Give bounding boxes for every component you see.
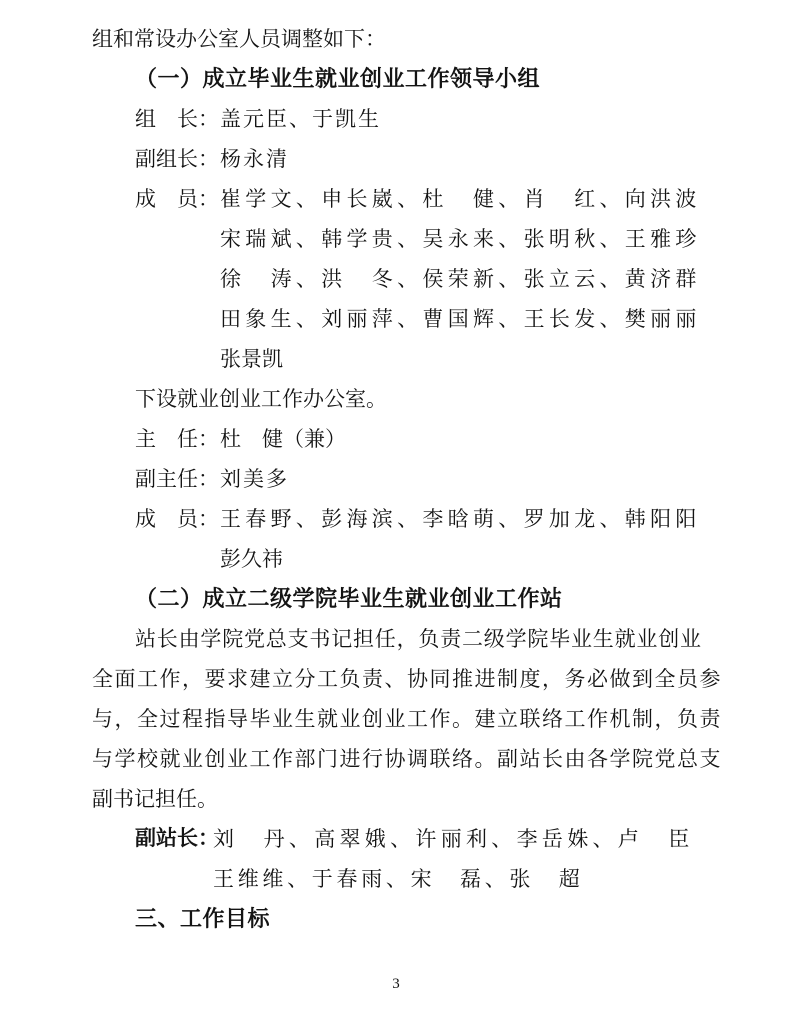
role-label-vice-director: 副主任： (135, 459, 219, 499)
document-content: 组和常设办公室人员调整如下： （一）成立毕业生就业创业工作领导小组 组 长： 盖… (92, 19, 700, 939)
role-label-members: 成 员： (135, 179, 219, 219)
member-names-line: 宋瑞斌、韩学贵、吴永来、张明秋、王雅珍 (92, 219, 700, 259)
role-names-vice-director: 刘美多 (220, 467, 289, 491)
role-line-office-members: 成 员： 王春野、彭海滨、李晗萌、罗加龙、韩阳阳 (92, 499, 700, 539)
paragraph-line: 站长由学院党总支书记担任，负责二级学院毕业生就业创业 (92, 619, 700, 659)
member-names-line: 田象生、刘丽萍、曹国辉、王长发、樊丽丽 (92, 299, 700, 339)
role-label-leader: 组 长： (135, 99, 219, 139)
paragraph-line: 全面工作，要求建立分工负责、协同推进制度，务必做到全员参 (92, 659, 700, 699)
page-number: 3 (0, 974, 792, 994)
section3-heading: 三、工作目标 (92, 899, 700, 939)
role-line-deputy-leader: 副组长： 杨永清 (92, 139, 700, 179)
role-line-director: 主 任： 杜 健（兼） (92, 419, 700, 459)
role-label-director: 主 任： (135, 419, 219, 459)
member-names-line: 彭久祎 (92, 539, 700, 579)
member-names-line: 王维维、于春雨、宋 磊、张 超 (92, 859, 700, 899)
role-line-members: 成 员： 崔学文、申长崴、杜 健、肖 红、向洪波 (92, 179, 700, 219)
role-line-vice-station: 副站长： 刘 丹、高翠娥、许丽利、李岳姝、卢 臣 (92, 819, 700, 859)
section2-heading: （二）成立二级学院毕业生就业创业工作站 (92, 579, 700, 619)
member-names-line: 徐 涛、洪 冬、侯荣新、张立云、黄济群 (92, 259, 700, 299)
section1-heading: （一）成立毕业生就业创业工作领导小组 (92, 59, 700, 99)
document-page: 组和常设办公室人员调整如下： （一）成立毕业生就业创业工作领导小组 组 长： 盖… (0, 0, 792, 1016)
role-label-office-members: 成 员： (135, 499, 219, 539)
role-names-director: 杜 健（兼） (220, 427, 346, 451)
intro-text: 组和常设办公室人员调整如下： (92, 19, 700, 59)
role-label-deputy-leader: 副组长： (135, 139, 219, 179)
paragraph-line: 与，全过程指导毕业生就业创业工作。建立联络工作机制，负责 (92, 699, 700, 739)
office-note: 下设就业创业工作办公室。 (92, 379, 700, 419)
role-line-leader: 组 长： 盖元臣、于凯生 (92, 99, 700, 139)
member-names-line: 崔学文、申长崴、杜 健、肖 红、向洪波 (220, 187, 701, 211)
member-names-line: 王春野、彭海滨、李晗萌、罗加龙、韩阳阳 (220, 507, 701, 531)
paragraph-line: 与学校就业创业工作部门进行协调联络。副站长由各学院党总支 (92, 739, 700, 779)
member-names-line: 刘 丹、高翠娥、许丽利、李岳姝、卢 臣 (213, 827, 694, 851)
role-label-vice-station: 副站长： (135, 819, 219, 859)
role-line-vice-director: 副主任： 刘美多 (92, 459, 700, 499)
paragraph-line: 副书记担任。 (92, 779, 700, 819)
role-names-leader: 盖元臣、于凯生 (220, 107, 381, 131)
role-names-deputy-leader: 杨永清 (220, 147, 289, 171)
member-names-line: 张景凯 (92, 339, 700, 379)
